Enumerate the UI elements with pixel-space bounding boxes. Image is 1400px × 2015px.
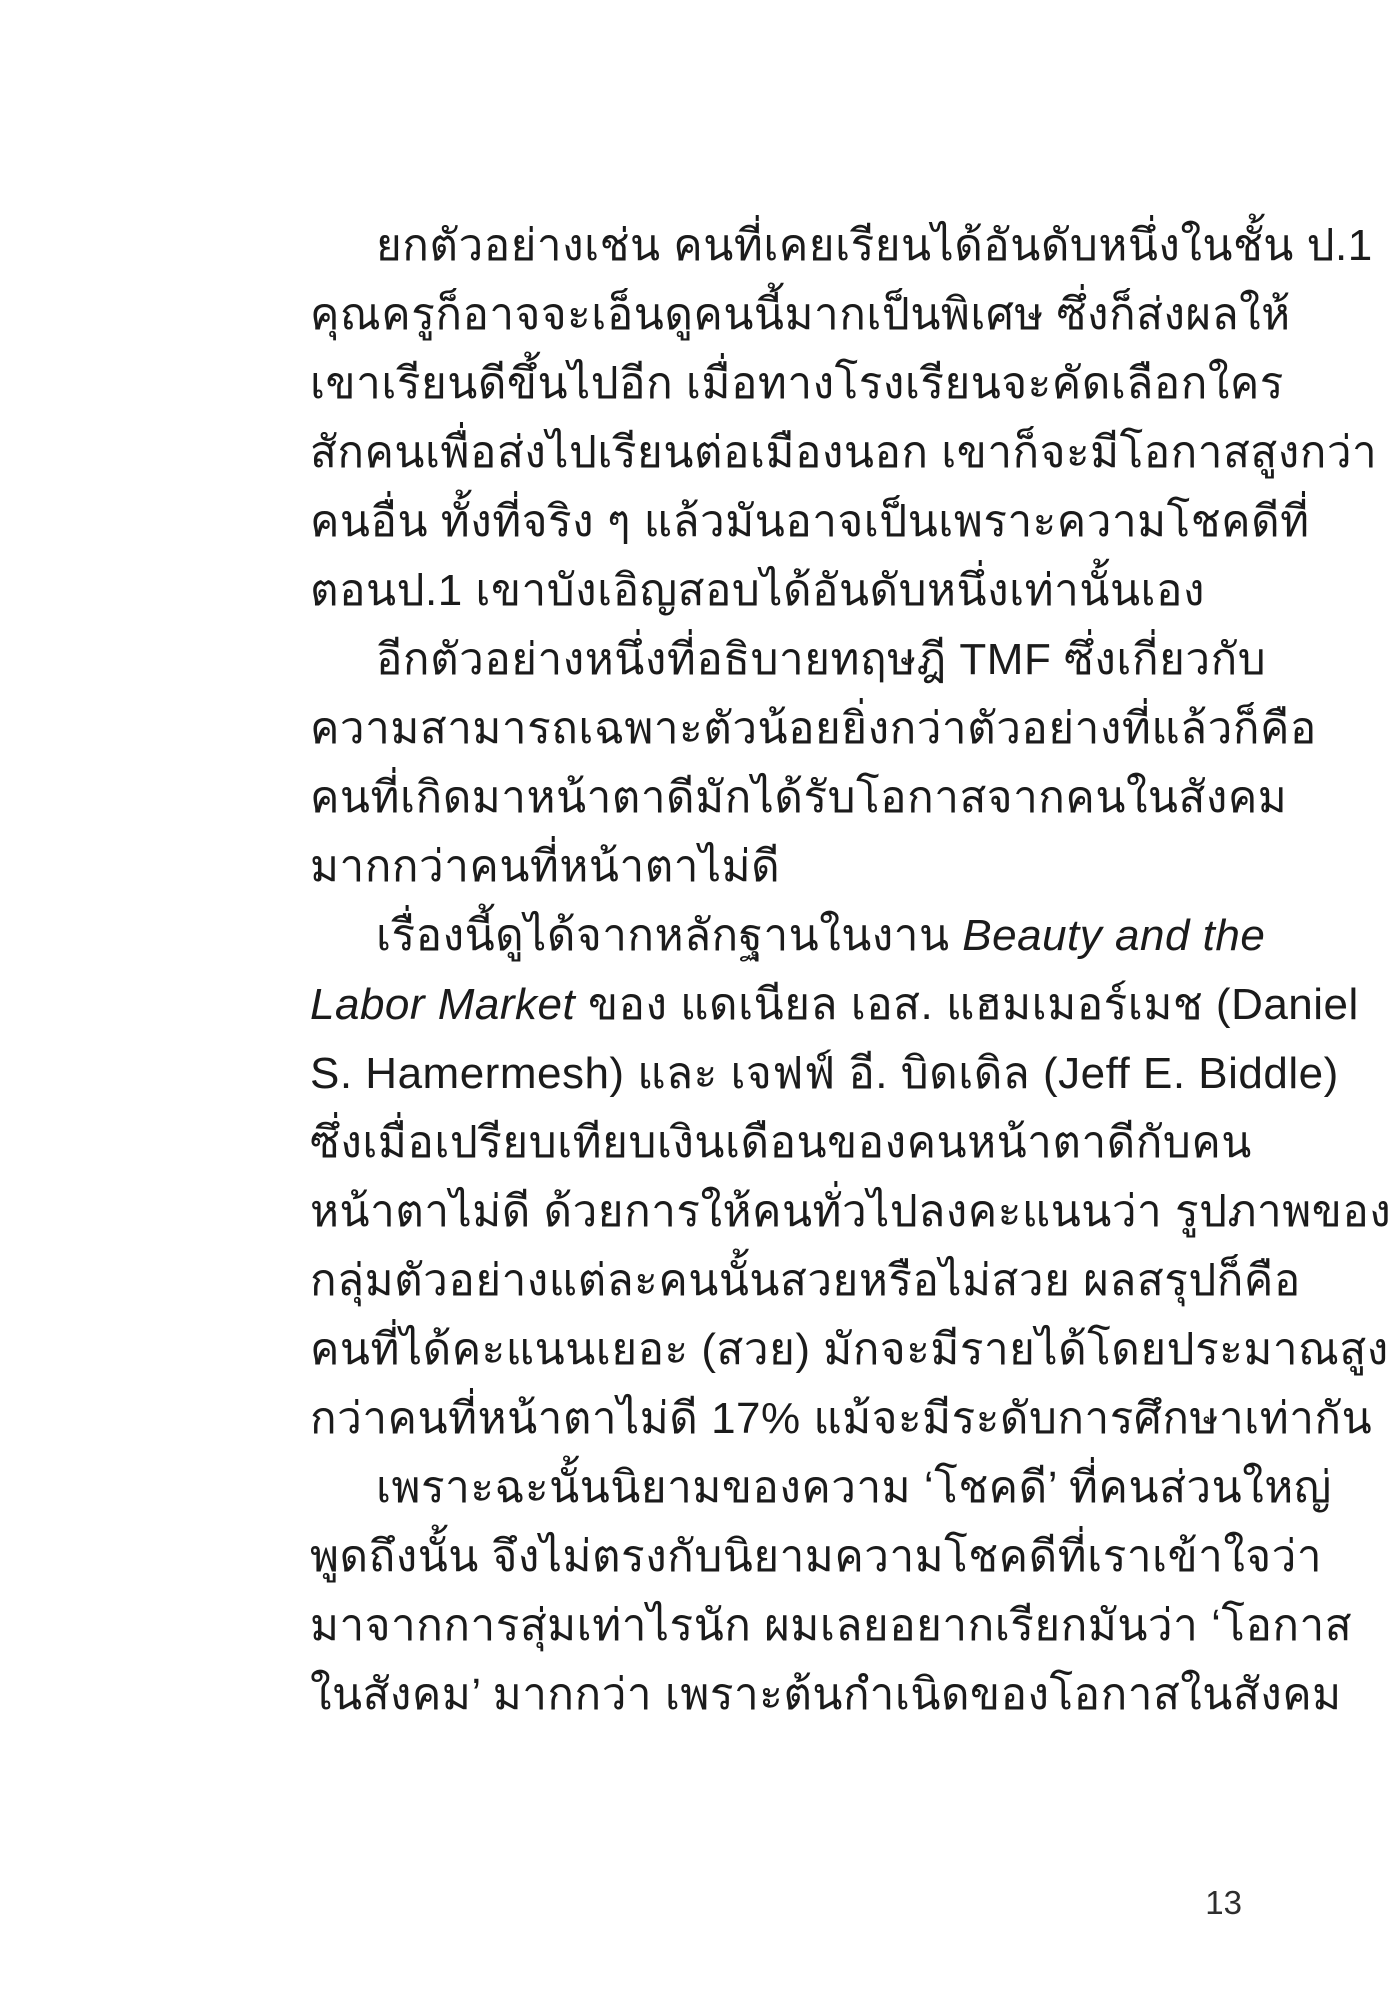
text-line: คุณครูก็อาจจะเอ็นดูคนนี้มากเป็นพิเศษ ซึ่… (310, 280, 1241, 349)
text-line: พูดถึงนั้น จึงไม่ตรงกับนิยามความโชคดีที่… (310, 1522, 1241, 1591)
page-number: 13 (1205, 1884, 1242, 1922)
text-line: ซึ่งเมื่อเปรียบเทียบเงินเดือนของคนหน้าตา… (310, 1108, 1241, 1177)
text-line: กว่าคนที่หน้าตาไม่ดี 17% แม้จะมีระดับการ… (310, 1384, 1241, 1453)
book-page: ยกตัวอย่างเช่น คนที่เคยเรียนได้อันดับหนึ… (0, 0, 1400, 2015)
text-line: คนอื่น ทั้งที่จริง ๆ แล้วมันอาจเป็นเพราะ… (310, 487, 1241, 556)
thai-text: ของ แดเนียล เอส. แฮมเมอร์เมช (Daniel (575, 980, 1359, 1029)
text-line: มาจากการสุ่มเท่าไรนัก ผมเลยอยากเรียกมันว… (310, 1591, 1241, 1660)
book-title-english: Beauty and the (962, 911, 1265, 960)
text-line: เขาเรียนดีขึ้นไปอีก เมื่อทางโรงเรียนจะคั… (310, 349, 1241, 418)
text-line: เพราะฉะนั้นนิยามของความ ‘โชคดี’ ที่คนส่ว… (310, 1453, 1241, 1522)
book-title-english: Labor Market (310, 980, 575, 1029)
text-line: ในสังคม’ มากกว่า เพราะต้นกำเนิดของโอกาสใ… (310, 1660, 1241, 1729)
text-line: ยกตัวอย่างเช่น คนที่เคยเรียนได้อันดับหนึ… (310, 211, 1241, 280)
text-line: หน้าตาไม่ดี ด้วยการให้คนทั่วไปลงคะแนนว่า… (310, 1177, 1241, 1246)
text-line: กลุ่มตัวอย่างแต่ละคนนั้นสวยหรือไม่สวย ผล… (310, 1246, 1241, 1315)
page-text: ยกตัวอย่างเช่น คนที่เคยเรียนได้อันดับหนึ… (310, 211, 1241, 1729)
text-line: เรื่องนี้ดูได้จากหลักฐานในงาน Beauty and… (310, 901, 1241, 970)
text-line: คนที่ได้คะแนนเยอะ (สวย) มักจะมีรายได้โดย… (310, 1315, 1241, 1384)
text-line: มากกว่าคนที่หน้าตาไม่ดี (310, 832, 1241, 901)
text-line: สักคนเพื่อส่งไปเรียนต่อเมืองนอก เขาก็จะม… (310, 418, 1241, 487)
text-line: ความสามารถเฉพาะตัวน้อยยิ่งกว่าตัวอย่างที… (310, 694, 1241, 763)
text-line: Labor Market ของ แดเนียล เอส. แฮมเมอร์เม… (310, 970, 1241, 1039)
thai-text: เรื่องนี้ดูได้จากหลักฐานในงาน (376, 911, 962, 960)
text-line: ตอนป.1 เขาบังเอิญสอบได้อันดับหนึ่งเท่านั… (310, 556, 1241, 625)
text-line: คนที่เกิดมาหน้าตาดีมักได้รับโอกาสจากคนใน… (310, 763, 1241, 832)
text-line: S. Hamermesh) และ เจฟฟ์ อี. บิดเดิล (Jef… (310, 1039, 1241, 1108)
text-line: อีกตัวอย่างหนึ่งที่อธิบายทฤษฎี TMF ซึ่งเ… (310, 625, 1241, 694)
